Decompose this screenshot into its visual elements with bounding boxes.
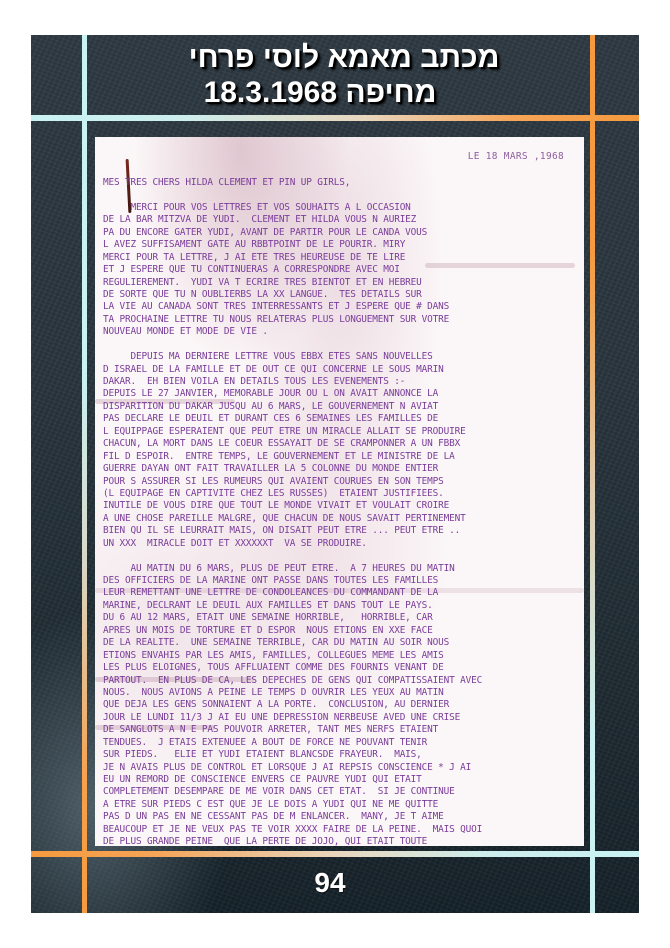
letter-line: FIL D ESPOIR. ENTRE TEMPS, LE GOUVERNEME…: [103, 451, 576, 463]
letter-line: JOUR LE LUNDI 11/3 J AI EU UNE DEPRESSIO…: [103, 712, 576, 724]
page-title-line-2: מחיפה 18.3.1968: [100, 75, 570, 110]
letter-date: LE 18 MARS ,1968: [468, 151, 564, 162]
letter-line: L EQUIPPAGE ESPERAIENT QUE PEUT ETRE UN …: [103, 426, 576, 438]
letter-line: JE N AVAIS PLUS DE CONTROL ET LORSQUE J …: [103, 762, 576, 774]
letter-line: A UNE CHOSE PAREILLE MALGRE, QUE CHACUN …: [103, 513, 576, 525]
letter-line: SUR PIEDS. ELIE ET YUDI ETAIENT BLANCSDE…: [103, 749, 576, 761]
letter-line: DE PLUS GRANDE PEINE QUE LA PERTE DE JOJ…: [103, 836, 576, 846]
letter-line: MERCI POUR VOS LETTRES ET VOS SOUHAITS A…: [103, 202, 576, 214]
letter-line: [103, 339, 576, 351]
letter-line: EU UN REMORD DE CONSCIENCE ENVERS CE PAU…: [103, 774, 576, 786]
letter-line: LES PLUS ELOIGNES, TOUS AFFLUAIENT COMME…: [103, 662, 576, 674]
letter-line: MES TRES CHERS HILDA CLEMENT ET PIN UP G…: [103, 177, 576, 189]
letter-line: DAKAR. EH BIEN VOILA EN DETAILS TOUS LES…: [103, 376, 576, 388]
decorative-horizontal-line-bottom: [31, 851, 639, 857]
letter-line: BEAUCOUP ET JE NE VEUX PAS TE VOIR XXXX …: [103, 824, 576, 836]
letter-line: BIEN QU IL SE LEURRAIT MAIS, ON DISAIT P…: [103, 525, 576, 537]
letter-body: MES TRES CHERS HILDA CLEMENT ET PIN UP G…: [103, 177, 576, 846]
letter-line: NOUS. NOUS AVIONS A PEINE LE TEMPS D OUV…: [103, 687, 576, 699]
letter-line: COMPLETEMENT DESEMPARE DE ME VOIR DANS C…: [103, 786, 576, 798]
letter-line: L AVEZ SUFFISAMENT GATE AU RBBTPOINT DE …: [103, 239, 576, 251]
letter-line: DEPUIS LE 27 JANVIER, MEMORABLE JOUR OU …: [103, 388, 576, 400]
letter-line: D ISRAEL DE LA FAMILLE ET DE OUT CE QUI …: [103, 364, 576, 376]
letter-line: DE SANGLOTS A N E PAS POUVOIR ARRETER, T…: [103, 724, 576, 736]
scanned-letter: LE 18 MARS ,1968 MES TRES CHERS HILDA CL…: [95, 137, 584, 846]
letter-line: [103, 189, 576, 201]
decorative-horizontal-line-top: [31, 115, 639, 121]
letter-line: DE LA REALITE. UNE SEMAINE TERRIBLE, CAR…: [103, 637, 576, 649]
letter-line: [103, 550, 576, 562]
letter-line: MERCI POUR TA LETTRE, J AI ETE TRES HEUR…: [103, 252, 576, 264]
letter-line: LA VIE AU CANADA SONT TRES INTERRESSANTS…: [103, 301, 576, 313]
letter-line: CHACUN, LA MORT DANS LE COEUR ESSAYAIT D…: [103, 438, 576, 450]
page-number: 94: [280, 866, 380, 900]
letter-line: DE LA BAR MITZVA DE YUDI. CLEMENT ET HIL…: [103, 214, 576, 226]
letter-line: DE SORTE QUE TU N OUBLIERBS LA XX LANGUE…: [103, 289, 576, 301]
letter-line: DES OFFICIERS DE LA MARINE ONT PASSE DAN…: [103, 575, 576, 587]
letter-line: A ETRE SUR PIEDS C EST QUE JE LE DOIS A …: [103, 799, 576, 811]
letter-line: QUE DEJA LES GENS SONNAIENT A LA PORTE. …: [103, 699, 576, 711]
letter-line: UN XXX MIRACLE DOIT ET XXXXXXT VA SE PRO…: [103, 538, 576, 550]
letter-line: PAS D UN PAS EN NE CESSANT PAS DE M ENLA…: [103, 811, 576, 823]
letter-line: PARTOUT. EN PLUS DE CA, LES DEPECHES DE …: [103, 675, 576, 687]
letter-line: ET J ESPERE QUE TU CONTINUERAS A CORRESP…: [103, 264, 576, 276]
decorative-vertical-line-left: [82, 35, 87, 913]
letter-line: GUERRE DAYAN ONT FAIT TRAVAILLER LA 5 CO…: [103, 463, 576, 475]
letter-line: ETIONS ENVAHIS PAR LES AMIS, FAMILLES, C…: [103, 650, 576, 662]
letter-line: INUTILE DE VOUS DIRE QUE TOUT LE MONDE V…: [103, 500, 576, 512]
letter-line: DISPARITION DU DAKAR JUSQU AU 6 MARS, LE…: [103, 401, 576, 413]
letter-line: POUR S ASSURER SI LES RUMEURS QUI AVAIEN…: [103, 476, 576, 488]
page-title: מכתב מאמא לוסי פרחי מחיפה 18.3.1968: [100, 40, 570, 110]
letter-line: PA DU ENCORE GATER YUDI, AVANT DE PARTIR…: [103, 227, 576, 239]
letter-line: LEUR REMETTANT UNE LETTRE DE CONDOLEANCE…: [103, 587, 576, 599]
letter-line: DU 6 AU 12 MARS, ETAIT UNE SEMAINE HORRI…: [103, 612, 576, 624]
letter-line: TA PROCHAINE LETTRE TU NOUS RELATERAS PL…: [103, 314, 576, 326]
page-title-line-1: מכתב מאמא לוסי פרחי: [100, 40, 570, 75]
letter-line: REGULIEREMENT. YUDI VA T ECRIRE TRES BIE…: [103, 277, 576, 289]
letter-line: DEPUIS MA DERNIERE LETTRE VOUS EBBX ETES…: [103, 351, 576, 363]
decorative-vertical-line-right: [590, 35, 595, 913]
letter-line: MARINE, DECLRANT LE DEUIL AUX FAMILLES E…: [103, 600, 576, 612]
letter-line: TENDUES. J ETAIS EXTENUEE A BOUT DE FORC…: [103, 737, 576, 749]
letter-line: NOUVEAU MONDE ET MODE DE VIE .: [103, 326, 576, 338]
letter-line: (L EQUIPAGE EN CAPTIVITE CHEZ LES RUSSES…: [103, 488, 576, 500]
letter-line: PAS DECLARE LE DEUIL ET DURANT CES 6 SEM…: [103, 413, 576, 425]
letter-line: APRES UN MOIS DE TORTURE ET D ESPOR NOUS…: [103, 625, 576, 637]
letter-line: AU MATIN DU 6 MARS, PLUS DE PEUT ETRE. A…: [103, 563, 576, 575]
